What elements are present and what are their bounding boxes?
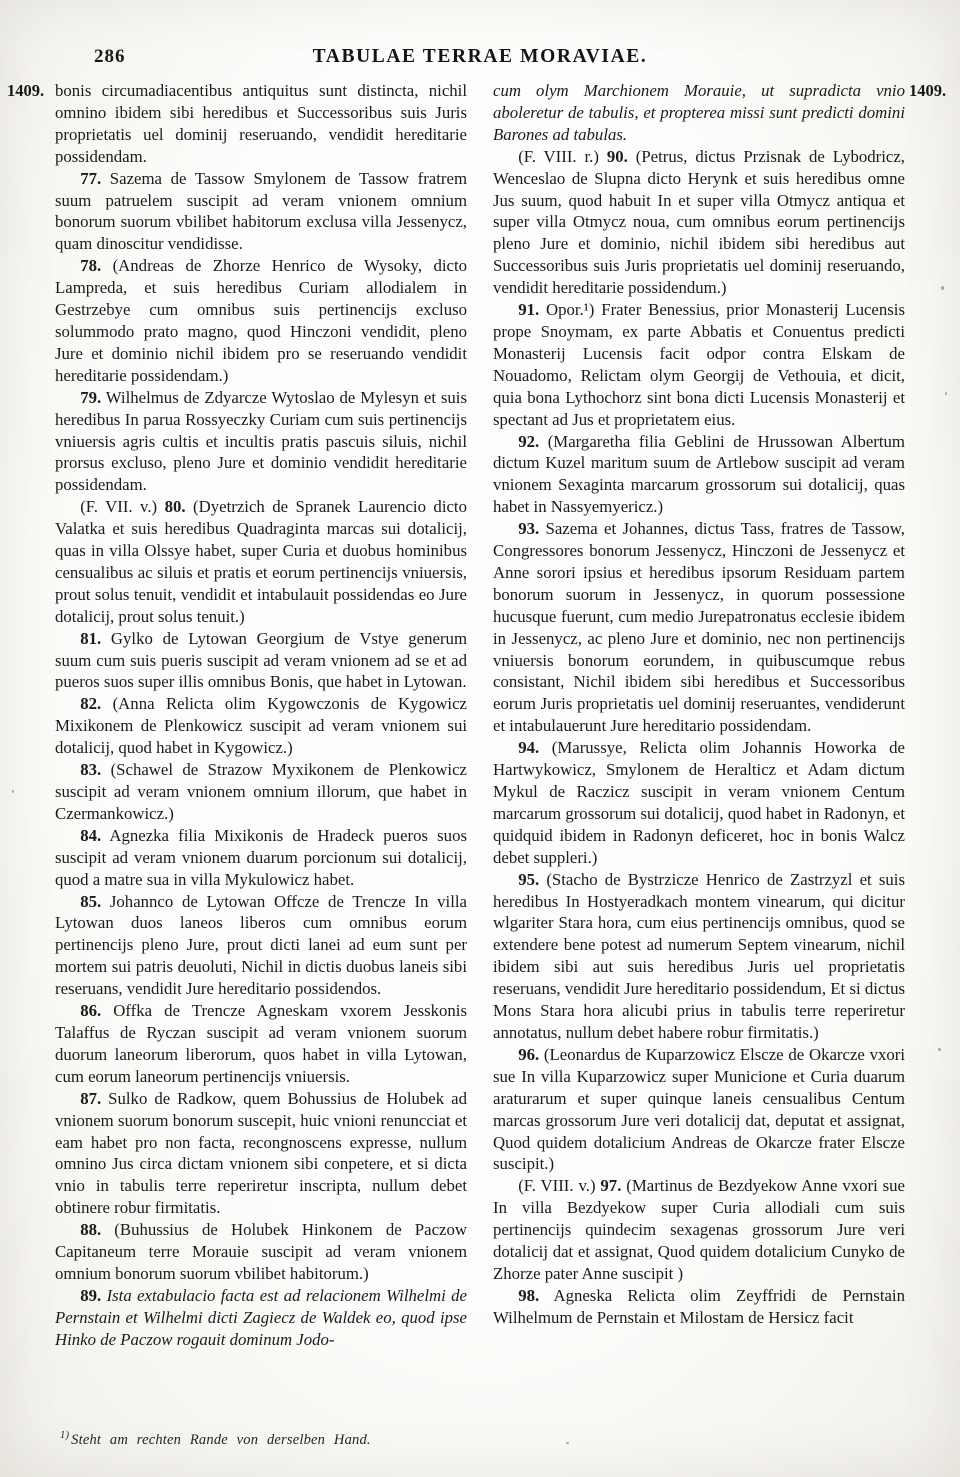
entry-84: 84. Agnezka filia Mixikonis de Hradeck p… (55, 825, 467, 891)
entry-text: Sulko de Radkow, quem Bohussius de Holub… (55, 1089, 467, 1218)
margin-year-left: 1409. (0, 80, 55, 102)
entry-86: 86. Offka de Trencze Agneskam vxorem Jes… (55, 1000, 467, 1088)
entry-78: 78. (Andreas de Zhorze Henrico de Wysoky… (55, 255, 467, 386)
entry-text: (Anna Relicta olim Kygowczonis de Kygowi… (55, 694, 467, 757)
entry-number: 78. (80, 256, 101, 275)
folio-reference: (F. VIII. v.) (518, 1176, 595, 1195)
entry-77: 77. Sazema de Tassow Smylonem de Tassow … (55, 168, 467, 256)
entry-text: Wilhelmus de Zdyarcze Wytoslao de Mylesy… (55, 388, 467, 495)
entry-text: (Dyetrzich de Spranek Laurencio dicto Va… (55, 497, 467, 626)
entry-92: 92. (Margaretha filia Geblini de Hrussow… (493, 431, 905, 519)
entry-text: bonis circumadiacentibus antiquitus sunt… (55, 81, 467, 166)
text-column-left: bonis circumadiacentibus antiquitus sunt… (55, 80, 467, 1351)
entry-text: cum olym Marchionem Morauie, ut supradic… (493, 81, 905, 144)
folio-reference: (F. VIII. r.) (518, 147, 599, 166)
folio-reference: (F. VII. v.) (80, 497, 157, 516)
entry-text: (Andreas de Zhorze Henrico de Wysoky, di… (55, 256, 467, 385)
entry-number: 81. (80, 629, 101, 648)
entry-text: Offka de Trencze Agneskam vxorem Jesskon… (55, 1001, 467, 1086)
entry-96: 96. (Leonardus de Kuparzowicz Elscze de … (493, 1044, 905, 1175)
entry-text: Agneska Relicta olim Zeyffridi de Pernst… (493, 1286, 905, 1327)
entry-87: 87. Sulko de Radkow, quem Bohussius de H… (55, 1088, 467, 1219)
entry-text: Opor.¹) Frater Benessius, prior Monaster… (493, 300, 905, 429)
entry-text: Gylko de Lytowan Georgium de Vstye gener… (55, 629, 467, 692)
entry-79: 79. Wilhelmus de Zdyarcze Wytoslao de My… (55, 387, 467, 497)
entry-83: 83. (Schawel de Strazow Myxikonem de Ple… (55, 759, 467, 825)
entry-number: 88. (80, 1220, 101, 1239)
entry-number: 94. (518, 738, 539, 757)
entry-95: 95. (Stacho de Bystrzicze Henrico de Zas… (493, 869, 905, 1044)
entry-81: 81. Gylko de Lytowan Georgium de Vstye g… (55, 628, 467, 694)
entry-number: 83. (80, 760, 101, 779)
entry-85: 85. Johannco de Lytowan Offcze de Trencz… (55, 891, 467, 1001)
entry-text: (Schawel de Strazow Myxikonem de Plenkow… (55, 760, 467, 823)
scan-speck (938, 1048, 941, 1051)
page-header: 286 TABULAE TERRAE MORAVIAE. (0, 46, 960, 76)
entry-82: 82. (Anna Relicta olim Kygowczonis de Ky… (55, 693, 467, 759)
entry-98: 98. Agneska Relicta olim Zeyffridi de Pe… (493, 1285, 905, 1329)
entry-number: 84. (80, 826, 101, 845)
entry-number: 91. (518, 300, 539, 319)
entry-number: 96. (518, 1045, 539, 1064)
entry-93: 93. Sazema et Johannes, dictus Tass, fra… (493, 518, 905, 737)
entry-number: 80. (165, 497, 186, 516)
entry-number: 90. (607, 147, 628, 166)
entry-88: 88. (Buhussius de Holubek Hinkonem de Pa… (55, 1219, 467, 1285)
entry-text: (Petrus, dictus Przisnak de Lybodricz, W… (493, 147, 905, 297)
entry-text: (Marussye, Relicta olim Johannis Howorka… (493, 738, 905, 867)
text-column-right: cum olym Marchionem Morauie, ut supradic… (493, 80, 905, 1329)
scan-speck (566, 1442, 569, 1444)
entry-80: (F. VII. v.) 80. (Dyetrzich de Spranek L… (55, 496, 467, 627)
entry-number: 93. (518, 519, 539, 538)
entry-number: 79. (80, 388, 101, 407)
entry-number: 82. (80, 694, 101, 713)
running-title: TABULAE TERRAE MORAVIAE. (0, 46, 960, 68)
footnote: 1)Steht am rechten Rande von derselben H… (60, 1432, 371, 1449)
scan-speck (945, 392, 947, 395)
entry-number: 85. (80, 892, 101, 911)
page-body: 1409. bonis circumadiacentibus antiquitu… (0, 80, 960, 1351)
entry-text: (Stacho de Bystrzicze Henrico de Zastrzy… (493, 870, 905, 1042)
entry-number: 86. (80, 1001, 101, 1020)
entry-number: 98. (518, 1286, 539, 1305)
footnote-text: Steht am rechten Rande von derselben Han… (71, 1432, 371, 1448)
entry-number: 77. (80, 169, 101, 188)
entry-text: (Margaretha filia Geblini de Hrussowan A… (493, 432, 905, 517)
entry-90: (F. VIII. r.) 90. (Petrus, dictus Przisn… (493, 146, 905, 299)
entry-text: (Buhussius de Holubek Hinkonem de Paczow… (55, 1220, 467, 1283)
entry-text: Johannco de Lytowan Offcze de Trencze In… (55, 892, 467, 999)
footnote-marker: 1) (60, 1430, 69, 1441)
entry-text: Agnezka filia Mixikonis de Hradeck puero… (55, 826, 467, 889)
entry-91: 91. Opor.¹) Frater Benessius, prior Mona… (493, 299, 905, 430)
scan-speck (12, 790, 14, 793)
entry-97: (F. VIII. v.) 97. (Martinus de Bezdyekow… (493, 1175, 905, 1285)
entry-number: 97. (600, 1176, 621, 1195)
scan-speck (941, 286, 944, 290)
entry-text: Ista extabulacio facta est ad relacionem… (55, 1286, 467, 1349)
entry-number: 87. (80, 1089, 101, 1108)
entry-text: Sazema de Tassow Smylonem de Tassow frat… (55, 169, 467, 254)
continuation-paragraph-left: bonis circumadiacentibus antiquitus sunt… (55, 80, 467, 168)
entry-text: (Leonardus de Kuparzowicz Elscze de Okar… (493, 1045, 905, 1174)
entry-89: 89. Ista extabulacio facta est ad relaci… (55, 1285, 467, 1351)
margin-year-right: 1409. (905, 80, 960, 102)
book-page: 286 TABULAE TERRAE MORAVIAE. 1409. bonis… (0, 0, 960, 1477)
entry-number: 92. (518, 432, 539, 451)
entry-number: 89. (80, 1286, 101, 1305)
continuation-paragraph-right: cum olym Marchionem Morauie, ut supradic… (493, 80, 905, 146)
entry-number: 95. (518, 870, 539, 889)
entry-text: Sazema et Johannes, dictus Tass, fratres… (493, 519, 905, 735)
entry-94: 94. (Marussye, Relicta olim Johannis How… (493, 737, 905, 868)
